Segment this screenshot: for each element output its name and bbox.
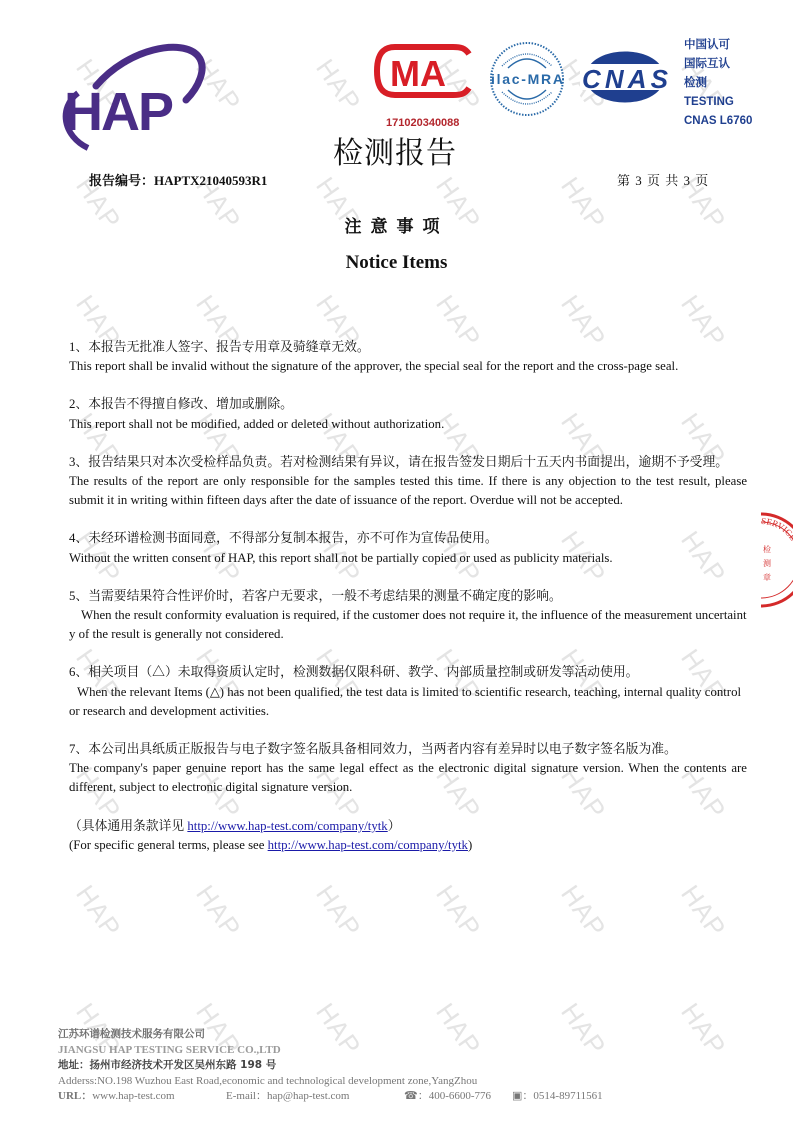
terms-en-suffix: ) [468, 838, 472, 852]
item-en: The company's paper genuine report has t… [69, 759, 747, 797]
watermark-text: HAP [429, 879, 487, 943]
item-cn: 1、本报告无批准人签字、报告专用章及骑缝章无效。 [69, 338, 747, 357]
address-en: Adderss:NO.198 Wuzhou East Road,economic… [58, 1074, 603, 1090]
notice-item: 4、未经环谱检测书面同意，不得部分复制本报告，亦不可作为宣传品使用。 Witho… [69, 529, 747, 567]
hap-logo: HAP [58, 38, 208, 153]
report-number: 报告编号：HAPTX21040593R1 [89, 170, 267, 189]
accreditation-line: 检测 [684, 74, 752, 93]
website-url[interactable]: www.hap-test.com [92, 1090, 174, 1102]
item-en: When the relevant Items (△) has not been… [69, 683, 747, 721]
watermark-text: HAP [674, 879, 732, 943]
svg-text:检: 检 [763, 544, 771, 554]
page-info: 第 3 页 共 3 页 [617, 170, 709, 189]
item-en: This report shall not be modified, added… [69, 415, 747, 434]
document-title: 检测报告 [333, 128, 457, 172]
url-label: URL： [58, 1090, 92, 1102]
terms-link-cn[interactable]: http://www.hap-test.com/company/tytk [187, 819, 387, 833]
accreditation-line: TESTING [684, 93, 752, 112]
watermark-text: HAP [554, 879, 612, 943]
item-en: Without the written consent of HAP, this… [69, 549, 747, 568]
email-address[interactable]: hap@hap-test.com [267, 1090, 350, 1102]
svg-text:MA: MA [390, 53, 446, 94]
notice-item: 7、本公司出具纸质正版报告与电子数字签名版具备相同效力，当两者内容有差异时以电子… [69, 740, 747, 798]
phone-icon: ☎ [404, 1090, 418, 1102]
accreditation-line: 中国认可 [684, 36, 752, 55]
terms-en-prefix: (For specific general terms, please see [69, 838, 268, 852]
item-cn: 5、当需要结果符合性评价时，若客户无要求，一般不考虑结果的测量不确定度的影响。 [69, 587, 747, 606]
item-cn: 3、报告结果只对本次受检样品负责。若对检测结果有异议，请在报告签发日期后十五天内… [69, 453, 747, 472]
company-name-en: JIANGSU HAP TESTING SERVICE CO.,LTD [58, 1043, 603, 1059]
item-cn: 4、未经环谱检测书面同意，不得部分复制本报告，亦不可作为宣传品使用。 [69, 529, 747, 548]
contact-row: URL：www.hap-test.com E-mail：hap@hap-test… [58, 1089, 603, 1105]
item-en: This report shall be invalid without the… [69, 357, 747, 376]
fax-icon: ▣ [512, 1090, 522, 1102]
svg-text:章: 章 [763, 572, 771, 582]
terms-link-en[interactable]: http://www.hap-test.com/company/tytk [268, 838, 468, 852]
phone-number: ：400-6600-776 [418, 1090, 491, 1102]
notice-item: 6、相关项目（△）未取得资质认定时，检测数据仅限科研、教学、内部质量控制或研发等… [69, 663, 747, 721]
report-number-label: 报告编号： [89, 173, 154, 188]
cross-page-seal: SERVICE CO.,LTD 检 测 章 [757, 512, 793, 608]
item-cn: 2、本报告不得擅自修改、增加或删除。 [69, 395, 747, 414]
cma-logo: MA [373, 44, 477, 98]
report-number-value: HAPTX21040593R1 [154, 173, 267, 188]
notice-item: 3、报告结果只对本次受检样品负责。若对检测结果有异议，请在报告签发日期后十五天内… [69, 453, 747, 511]
accreditation-text: 中国认可 国际互认 检测 TESTING CNAS L6760 [684, 36, 752, 131]
item-cn: 6、相关项目（△）未取得资质认定时，检测数据仅限科研、教学、内部质量控制或研发等… [69, 663, 747, 682]
svg-text:ilac-MRA: ilac-MRA [491, 71, 563, 87]
general-terms: （具体通用条款详见 http://www.hap-test.com/compan… [69, 817, 747, 855]
accreditation-line: CNAS L6760 [684, 112, 752, 131]
terms-cn-prefix: （具体通用条款详见 [69, 819, 187, 833]
watermark-text: HAP [674, 997, 732, 1061]
email-label: E-mail： [226, 1090, 267, 1102]
footer: 江苏环谱检测技术服务有限公司 JIANGSU HAP TESTING SERVI… [58, 1027, 603, 1105]
terms-cn-suffix: ） [388, 819, 401, 833]
cnas-logo: CNAS [580, 44, 670, 110]
item-en: The results of the report are only respo… [69, 472, 747, 510]
notice-title-cn: 注意事项 [0, 212, 793, 237]
address-cn: 地址：扬州市经济技术开发区吴州东路 198 号 [58, 1058, 603, 1074]
fax-number: ：0514-89711561 [522, 1090, 602, 1102]
notice-item: 1、本报告无批准人签字、报告专用章及骑缝章无效。 This report sha… [69, 338, 747, 376]
svg-text:HAP: HAP [64, 82, 173, 142]
watermark-text: HAP [309, 53, 367, 117]
notice-item: 2、本报告不得擅自修改、增加或删除。 This report shall not… [69, 395, 747, 433]
watermark-text: HAP [69, 879, 127, 943]
notice-title-en: Notice Items [0, 252, 793, 274]
ilac-mra-logo: ilac-MRA [488, 40, 566, 118]
notice-item: 5、当需要结果符合性评价时，若客户无要求，一般不考虑结果的测量不确定度的影响。 … [69, 587, 747, 645]
item-en: When the result conformity evaluation is… [69, 606, 747, 644]
watermark-text: HAP [189, 879, 247, 943]
accreditation-line: 国际互认 [684, 55, 752, 74]
item-cn: 7、本公司出具纸质正版报告与电子数字签名版具备相同效力，当两者内容有差异时以电子… [69, 740, 747, 759]
svg-text:测: 测 [763, 558, 771, 568]
company-name-cn: 江苏环谱检测技术服务有限公司 [58, 1027, 603, 1043]
notice-items: 1、本报告无批准人签字、报告专用章及骑缝章无效。 This report sha… [69, 338, 747, 855]
watermark-text: HAP [309, 879, 367, 943]
